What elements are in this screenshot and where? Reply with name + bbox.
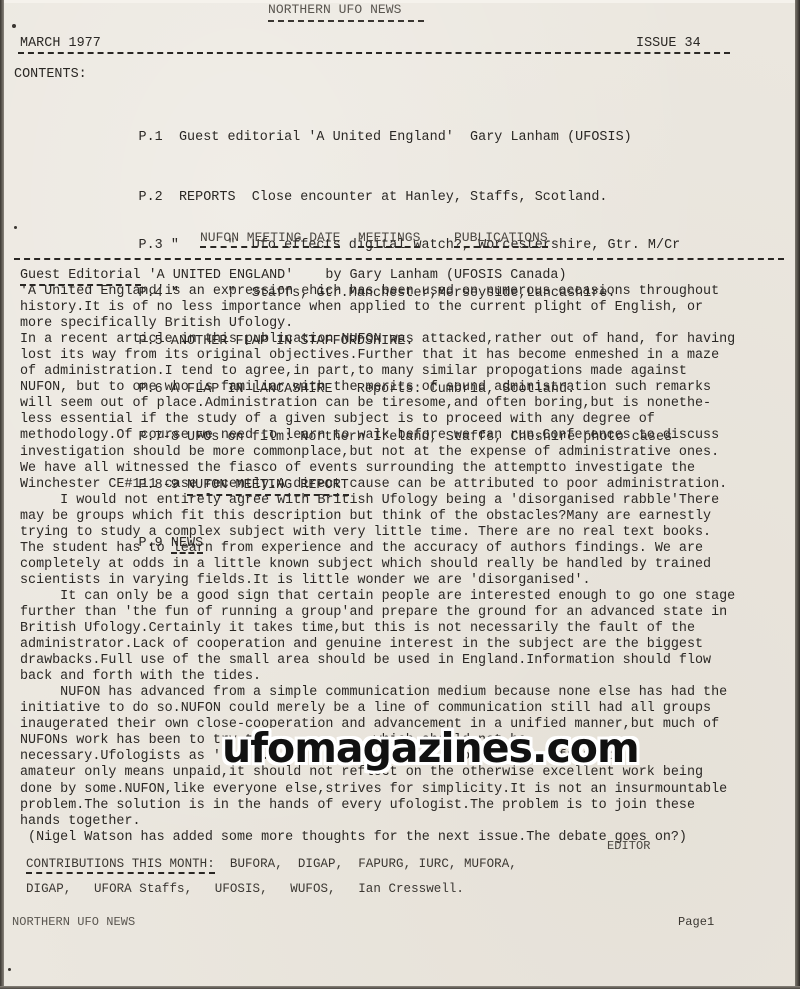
watermark: ufomagazines.com — [222, 724, 639, 772]
article-line: of administration.I tend to agree,in par… — [20, 364, 760, 380]
section-rule — [14, 258, 784, 260]
article-line: back and forth with the tides. — [20, 669, 760, 685]
footer-page-number: Page1 — [678, 914, 714, 930]
article-line: history.It is of no less importance when… — [20, 300, 760, 316]
article-line: more specifically British Ufology. — [20, 316, 760, 332]
article-line: investigation should be more commonplace… — [20, 445, 760, 461]
article-line: We have all witnessed the fiasco of even… — [20, 461, 760, 477]
article-byline: by Gary Lanham (UFOSIS Canada) — [325, 268, 566, 283]
article-line: British Ufology.Certainly it takes time,… — [20, 621, 760, 637]
contributions-list-1: BUFORA, DIGAP, FAPURG, IURC, MUFORA, — [230, 857, 517, 871]
article-line: drawbacks.Full use of the small area sho… — [20, 653, 760, 669]
contributions-line-1: CONTRIBUTIONS THIS MONTH: BUFORA, DIGAP,… — [26, 856, 517, 872]
masthead-underline — [268, 20, 424, 22]
masthead-title: NORTHERN UFO NEWS — [268, 2, 401, 18]
article-line: In a recent article in this publication … — [20, 332, 760, 348]
issue-date: MARCH 1977 — [20, 36, 101, 52]
page-edge-left — [0, 0, 4, 991]
contributions-line-2: DIGAP, UFORA Staffs, UFOSIS, WUFOS, Ian … — [26, 881, 464, 897]
article-line: initiative to do so.NUFON could merely b… — [20, 701, 760, 717]
newsletter-page: NORTHERN UFO NEWS MARCH 1977 ISSUE 34 CO… — [0, 0, 800, 991]
contents-item: P.2 REPORTS Close encounter at Hanley, S… — [90, 174, 680, 190]
article-line: administrator.Lack of cooperation and ge… — [20, 637, 760, 653]
contributions-label: CONTRIBUTIONS THIS MONTH: — [26, 857, 215, 874]
article-line: Winchester CE#111 case recently.A direct… — [20, 477, 760, 493]
article-line: hands together. — [20, 814, 760, 830]
news-subsection-meetings: MEETINGS — [358, 230, 420, 248]
article-line: less essential if the study of a given s… — [20, 412, 760, 428]
article-heading-title: 'A UNITED ENGLAND' — [149, 268, 294, 283]
contents-item: P.1 Guest editorial 'A United England' G… — [90, 114, 680, 130]
article-line: NUFON, but to one who is familiar with t… — [20, 380, 760, 396]
article-line: NUFON has advanced from a simple communi… — [20, 685, 760, 701]
punch-mark — [14, 226, 17, 229]
article-line: problem.The solution is in the hands of … — [20, 798, 760, 814]
article-line: lost its way from its original objective… — [20, 348, 760, 364]
punch-mark — [12, 24, 16, 28]
footer-publication: NORTHERN UFO NEWS — [12, 914, 135, 930]
news-subsection-meeting-date: NUFON MEETING DATE — [200, 230, 340, 248]
contents-text: Guest editorial 'A United England' Gary … — [179, 130, 632, 145]
article-heading: Guest Editorial 'A UNITED ENGLAND' by Ga… — [20, 268, 760, 284]
article-line: will seem out of place.Administration ca… — [20, 396, 760, 412]
article-line: done by some.NUFON,like everyone else,st… — [20, 782, 760, 798]
contents-text: REPORTS Close encounter at Hanley, Staff… — [179, 190, 608, 205]
header-rule — [18, 52, 730, 54]
contents-heading: CONTENTS: — [14, 67, 87, 83]
punch-mark — [8, 968, 11, 971]
article-line: 'A United England'is an expression ehich… — [20, 284, 760, 300]
news-subsection-publications: PUBLICATIONS — [454, 230, 548, 248]
issue-number: ISSUE 34 — [636, 36, 701, 52]
article-line: further than 'the fun of running a group… — [20, 605, 760, 621]
article-line: completely at odds in a little known sub… — [20, 557, 760, 573]
article-line: It can only be a good sign that certain … — [20, 589, 760, 605]
article-line: scientists in varying fields.It is littl… — [20, 573, 760, 589]
article-line: The student has to learn from experience… — [20, 541, 760, 557]
article-line: methodology.Of course we need to learn t… — [20, 428, 760, 444]
article-line: I would not entirely agree with British … — [20, 493, 760, 509]
contents-page: P.3 — [139, 238, 163, 253]
page-edge-right — [795, 0, 800, 991]
article-line: trying to study a complex subject with v… — [20, 525, 760, 541]
editor-signature: EDITOR — [607, 838, 651, 854]
contents-page: P.2 — [139, 190, 163, 205]
contents-page: P.1 — [139, 130, 163, 145]
article-line: may be groups which fit this description… — [20, 509, 760, 525]
page-edge-bottom — [0, 986, 800, 991]
